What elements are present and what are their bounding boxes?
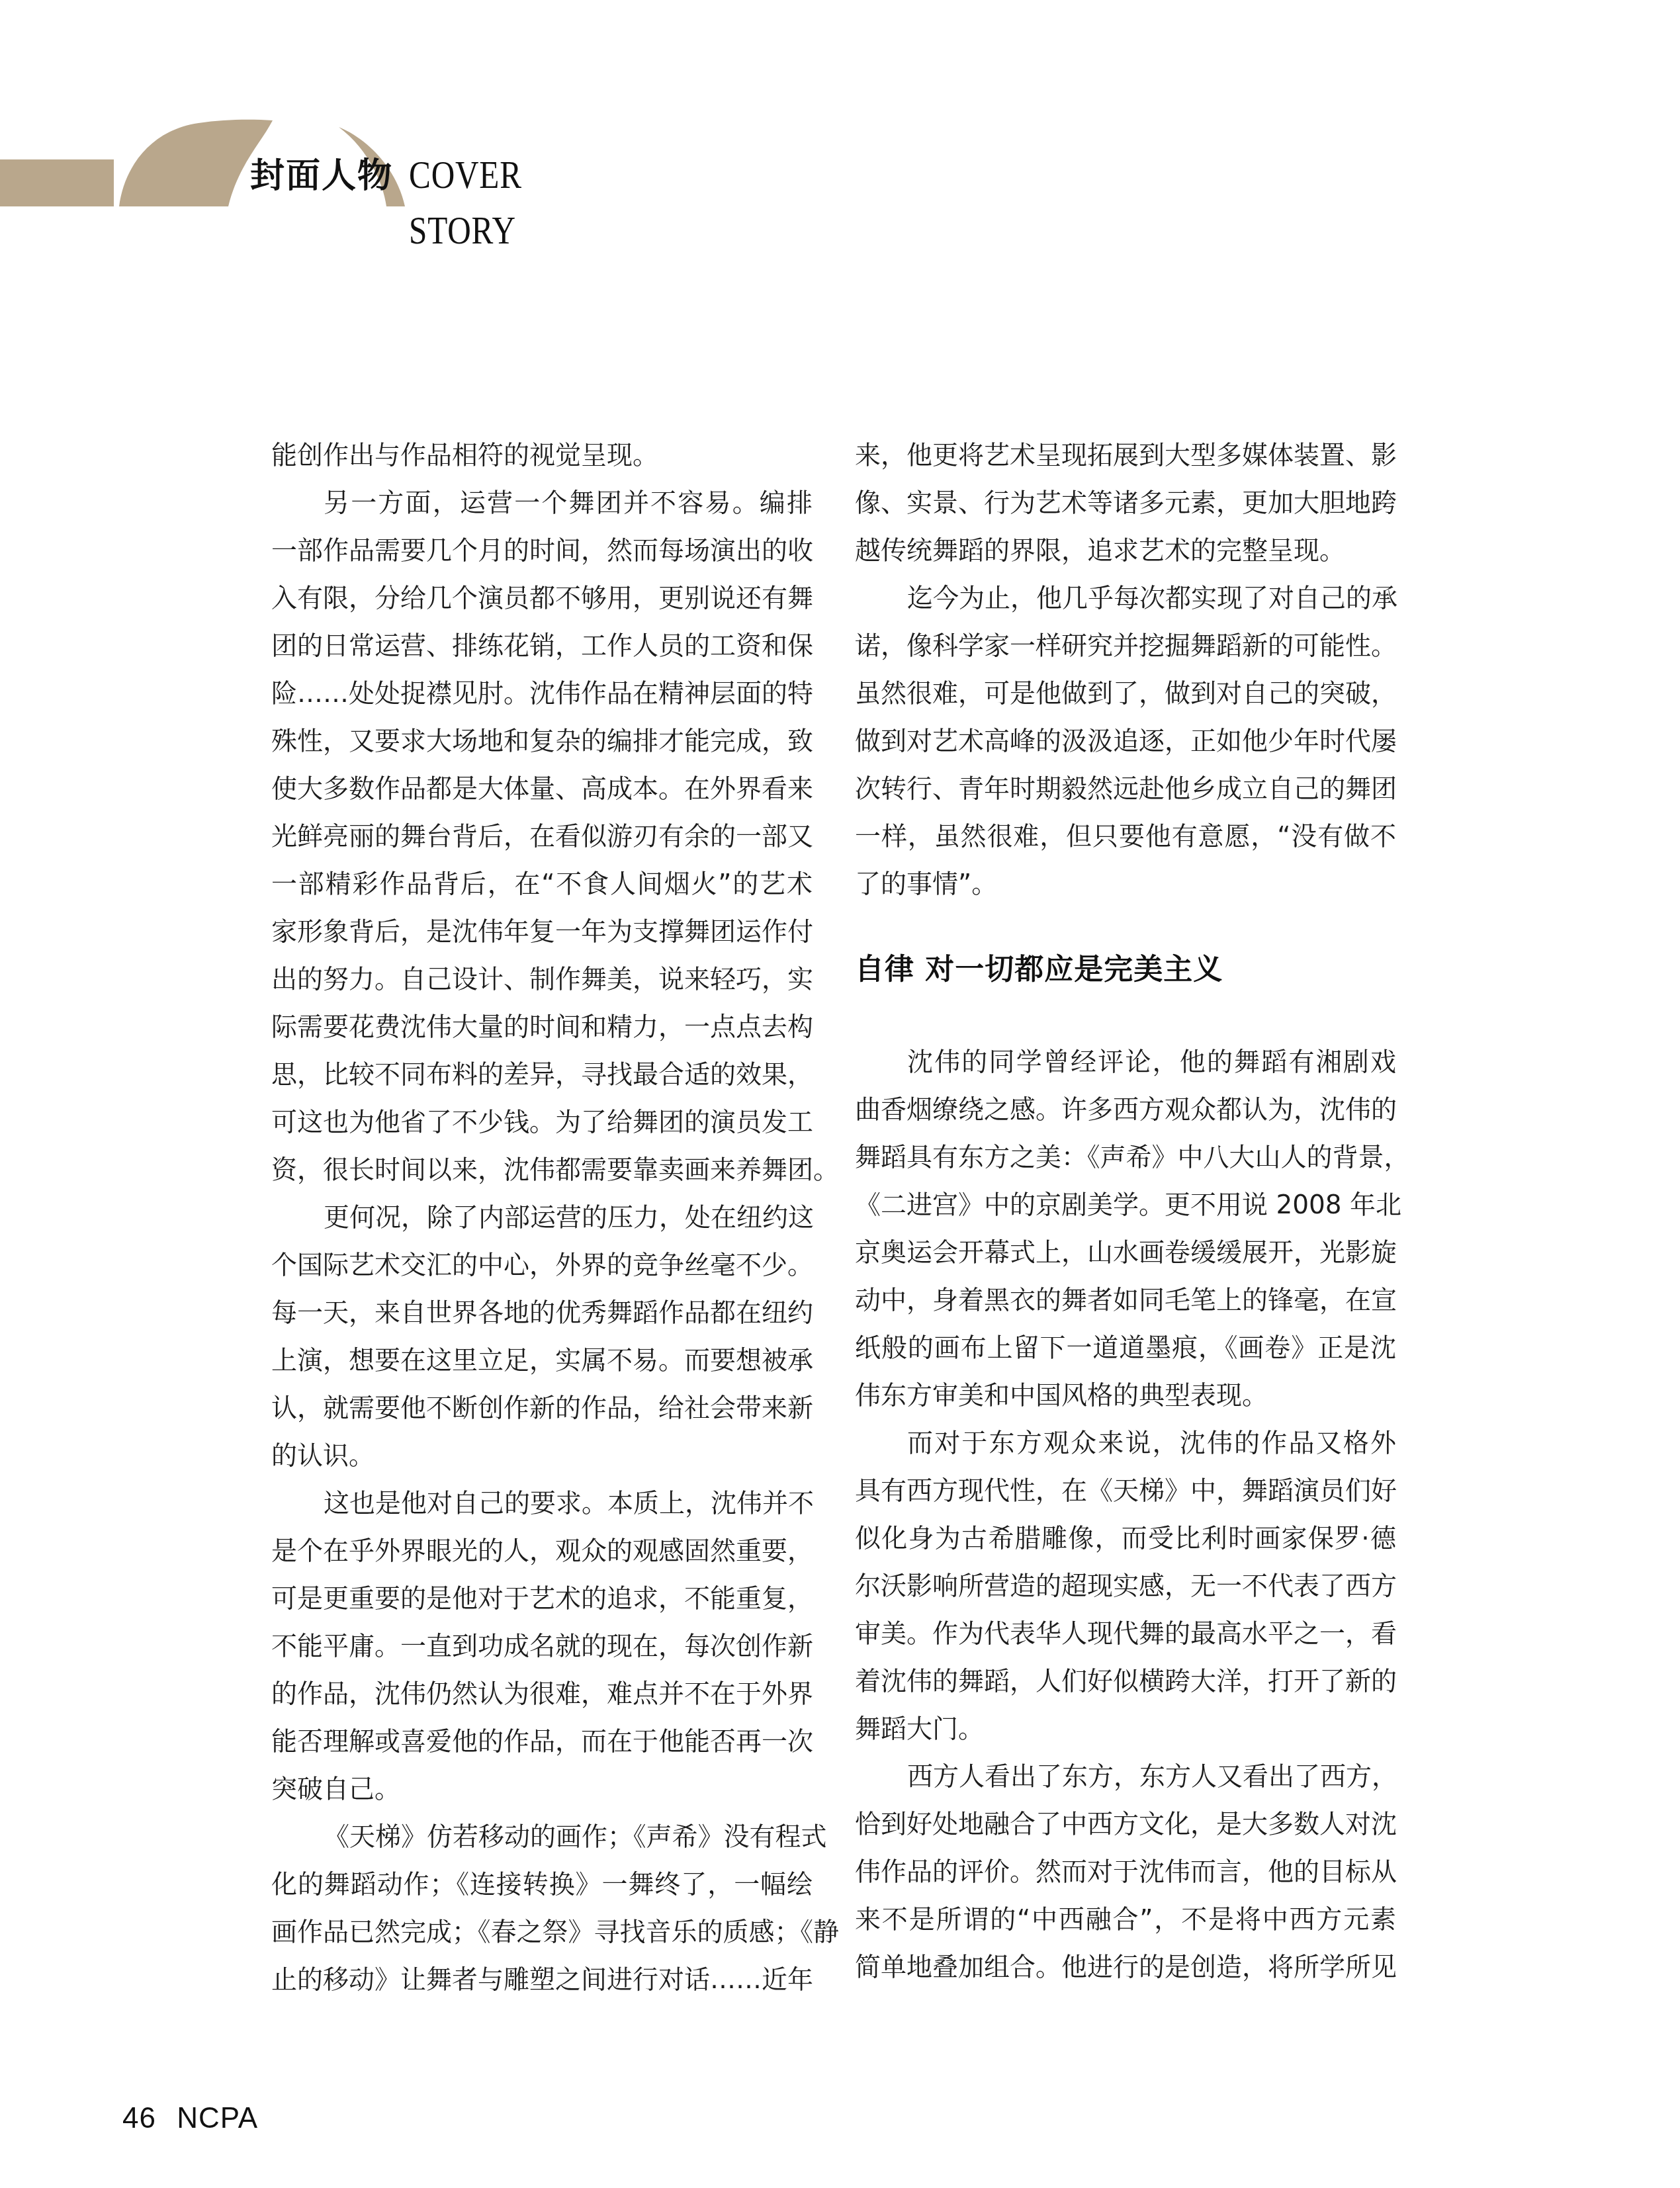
body-text-line: 使大多数作品都是大体量、高成本。在外界看来 <box>271 766 813 813</box>
body-text-line: 诺，像科学家一样研究并挖掘舞蹈新的可能性。 <box>855 623 1396 670</box>
body-text-line: 而对于东方观众来说，沈伟的作品又格外 <box>907 1420 1396 1467</box>
body-text-line: 思，比较不同布料的差异，寻找最合适的效果， <box>271 1051 813 1099</box>
body-text-line: 殊性，又要求大场地和复杂的编排才能完成，致 <box>271 718 813 766</box>
body-text-line: 沈伟的同学曾经评论，他的舞蹈有湘剧戏 <box>907 1039 1396 1086</box>
body-text-line: 西方人看出了东方，东方人又看出了西方， <box>907 1753 1396 1801</box>
body-text-line: 入有限，分给几个演员都不够用，更别说还有舞 <box>271 575 813 623</box>
body-text-line: 画作品已然完成；《春之祭》寻找音乐的质感；《静 <box>271 1909 813 1956</box>
body-text-line: 化的舞蹈动作；《连接转换》一舞终了，一幅绘 <box>271 1861 813 1909</box>
body-text-line: 际需要花费沈伟大量的时间和精力，一点点去构 <box>271 1004 813 1051</box>
body-text-line: 突破自己。 <box>271 1766 813 1814</box>
section-title-cn: 封面人物 <box>250 150 393 202</box>
section-header: 封面人物 COVER STORY <box>0 0 662 218</box>
body-text-line: 资，很长时间以来，沈伟都需要靠卖画来养舞团。 <box>271 1147 813 1194</box>
page-footer: 46 NCPA <box>122 2097 258 2140</box>
body-text-line: 每一天，来自世界各地的优秀舞蹈作品都在纽约 <box>271 1290 813 1337</box>
body-text-line: 一部作品需要几个月的时间，然而每场演出的收 <box>271 527 813 575</box>
body-text-line: 不能平庸。一直到功成名就的现在，每次创作新 <box>271 1623 813 1671</box>
body-text-line: 伟作品的评价。然而对于沈伟而言，他的目标从 <box>855 1849 1396 1896</box>
body-text-line: 了的事情”。 <box>855 861 1396 908</box>
body-text-line: 京奥运会开幕式上，山水画卷缓缓展开，光影旋 <box>855 1229 1396 1277</box>
body-text-line: 次转行、青年时期毅然远赴他乡成立自己的舞团 <box>855 766 1396 813</box>
body-text-line: 可这也为他省了不少钱。为了给舞团的演员发工 <box>271 1099 813 1147</box>
body-text-line: 越传统舞蹈的界限，追求艺术的完整呈现。 <box>855 527 1396 575</box>
body-text-line: 似化身为古希腊雕像，而受比利时画家保罗·德 <box>855 1515 1396 1563</box>
body-text-line: 做到对艺术高峰的汲汲追逐，正如他少年时代屡 <box>855 718 1396 766</box>
body-text-line: 认，就需要他不断创作新的作品，给社会带来新 <box>271 1385 813 1432</box>
body-text-line: 止的移动》让舞者与雕塑之间进行对话……近年 <box>271 1956 813 2004</box>
body-text-line: 上演，想要在这里立足，实属不易。而要想被承 <box>271 1337 813 1385</box>
body-text-line: 光鲜亮丽的舞台背后，在看似游刃有余的一部又 <box>271 813 813 861</box>
body-text-line: 另一方面，运营一个舞团并不容易。编排 <box>324 480 813 527</box>
body-text-line: 迄今为止，他几乎每次都实现了对自己的承 <box>907 575 1396 623</box>
body-text-line: 的作品，沈伟仍然认为很难，难点并不在于外界 <box>271 1671 813 1718</box>
body-text-line: 更何况，除了内部运营的压力，处在纽约这 <box>324 1194 813 1242</box>
body-text-line: 纸般的画布上留下一道道墨痕，《画卷》正是沈 <box>855 1325 1396 1372</box>
body-text-line: 伟东方审美和中国风格的典型表现。 <box>855 1372 1396 1420</box>
body-text-line: 个国际艺术交汇的中心，外界的竞争丝毫不少。 <box>271 1242 813 1290</box>
section-heading: 自律 对一切都应是完美主义 <box>855 946 1223 994</box>
body-text-line: 可是更重要的是他对于艺术的追求，不能重复， <box>271 1575 813 1623</box>
body-text-line: 险……处处捉襟见肘。沈伟作品在精神层面的特 <box>271 670 813 718</box>
body-text-line: 《二进宫》中的京剧美学。更不用说 2008 年北 <box>855 1182 1396 1229</box>
body-text-line: 来不是所谓的“中西融合”，不是将中西方元素 <box>855 1896 1396 1944</box>
body-text-line: 能创作出与作品相符的视觉呈现。 <box>271 432 813 480</box>
body-text-line: 一样，虽然很难，但只要他有意愿，“没有做不 <box>855 813 1396 861</box>
body-text-line: 像、实景、行为艺术等诸多元素，更加大胆地跨 <box>855 480 1396 527</box>
body-text-line: 审美。作为代表华人现代舞的最高水平之一，看 <box>855 1610 1396 1658</box>
body-text-line: 虽然很难，可是他做到了，做到对自己的突破， <box>855 670 1396 718</box>
body-text-line: 的认识。 <box>271 1432 813 1480</box>
body-text-line: 来，他更将艺术呈现拓展到大型多媒体装置、影 <box>855 432 1396 480</box>
body-text-line: 家形象背后，是沈伟年复一年为支撑舞团运作付 <box>271 908 813 956</box>
body-text-line: 恰到好处地融合了中西方文化，是大多数人对沈 <box>855 1801 1396 1849</box>
body-text-line: 舞蹈具有东方之美：《声希》中八大山人的背景， <box>855 1134 1396 1182</box>
body-text-line: 一部精彩作品背后，在“不食人间烟火”的艺术 <box>271 861 813 908</box>
section-title-en: COVER STORY <box>409 147 616 258</box>
body-text-line: 曲香烟缭绕之感。许多西方观众都认为，沈伟的 <box>855 1086 1396 1134</box>
body-text-line: 是个在乎外界眼光的人，观众的观感固然重要， <box>271 1528 813 1575</box>
body-text-line: 能否理解或喜爱他的作品，而在于他能否再一次 <box>271 1718 813 1766</box>
body-text-line: 动中，身着黑衣的舞者如同毛笔上的锋毫，在宣 <box>855 1277 1396 1325</box>
body-text-line: 舞蹈大门。 <box>855 1706 1396 1753</box>
body-text-line: 简单地叠加组合。他进行的是创造，将所学所见 <box>855 1944 1396 1991</box>
body-text-line: 这也是他对自己的要求。本质上，沈伟并不 <box>324 1480 813 1528</box>
page-number: 46 <box>122 2102 156 2134</box>
publication-name: NCPA <box>177 2102 258 2134</box>
body-text-line: 《天梯》仿若移动的画作；《声希》没有程式 <box>324 1814 813 1861</box>
body-text-line: 团的日常运营、排练花销，工作人员的工资和保 <box>271 623 813 670</box>
body-text-line: 着沈伟的舞蹈，人们好似横跨大洋，打开了新的 <box>855 1658 1396 1706</box>
body-text-line: 具有西方现代性，在《天梯》中，舞蹈演员们好 <box>855 1467 1396 1515</box>
body-text-line: 尔沃影响所营造的超现实感，无一不代表了西方 <box>855 1563 1396 1610</box>
body-text-line: 出的努力。自己设计、制作舞美，说来轻巧，实 <box>271 956 813 1004</box>
